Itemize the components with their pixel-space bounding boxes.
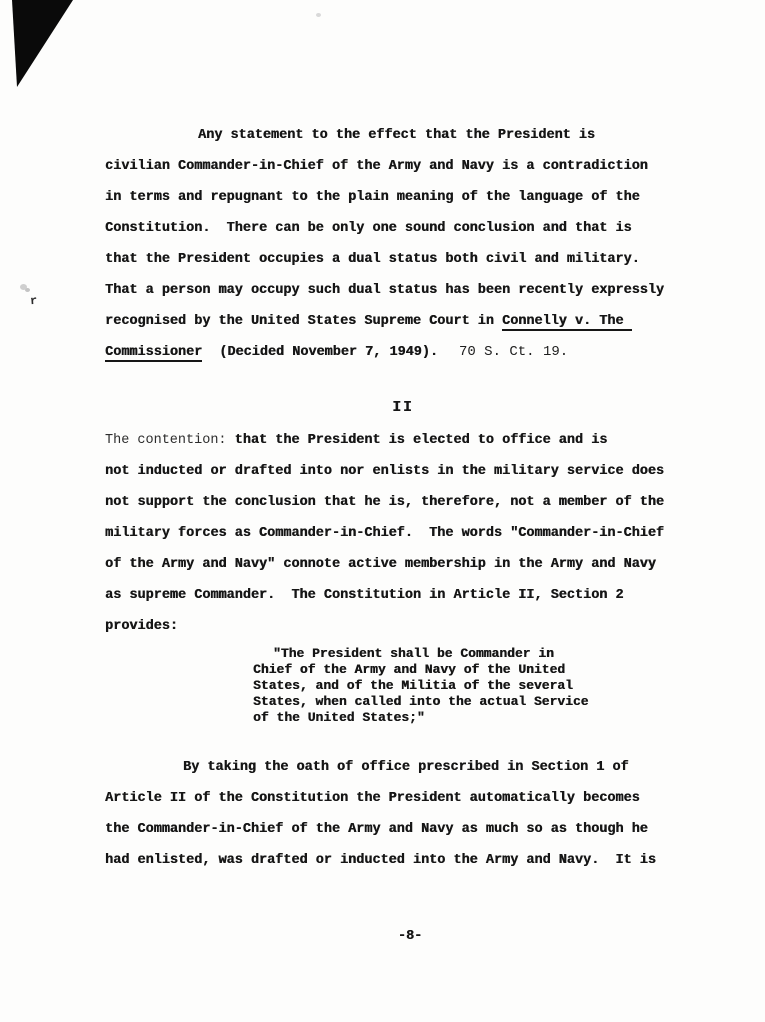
citation-prefix: recognised by the United States Supreme …: [105, 314, 502, 329]
quote-line: of the United States;": [253, 710, 588, 726]
contention-lead: The contention:: [105, 433, 227, 448]
scan-smudge: r: [30, 294, 38, 308]
paragraph-line: not inducted or drafted into nor enlists…: [105, 456, 664, 487]
paragraph-3: By taking the oath of office prescribed …: [105, 752, 656, 876]
quote-line: "The President shall be Commander in: [253, 646, 588, 662]
paragraph-1: Any statement to the effect that the Pre…: [105, 120, 664, 368]
paragraph-line: That a person may occupy such dual statu…: [105, 275, 664, 306]
case-name-part-2: Commissioner: [105, 345, 202, 362]
section-heading: II: [105, 393, 665, 424]
paragraph-line: Any statement to the effect that the Pre…: [105, 120, 664, 151]
scan-speck: [20, 284, 27, 290]
paragraph-line: The contention: that the President is el…: [105, 425, 664, 456]
scanned-document-page: r Any statement to the effect that the P…: [0, 0, 765, 1022]
scan-corner-fold-artifact: [0, 0, 90, 95]
paragraph-line: military forces as Commander-in-Chief. T…: [105, 518, 664, 549]
citation-line-2: Commissioner(Decided November 7, 1949).7…: [105, 337, 664, 368]
paragraph-line: as supreme Commander. The Constitution i…: [105, 580, 664, 611]
paragraph-line: not support the conclusion that he is, t…: [105, 487, 664, 518]
paragraph-line: provides:: [105, 611, 664, 642]
paragraph-line: Article II of the Constitution the Presi…: [105, 783, 656, 814]
reporter-citation: 70 S. Ct. 19.: [459, 344, 568, 360]
page-number: -8-: [105, 921, 665, 952]
paragraph-line: had enlisted, was drafted or inducted in…: [105, 845, 656, 876]
paragraph-line: the Commander-in-Chief of the Army and N…: [105, 814, 656, 845]
citation-line-1: recognised by the United States Supreme …: [105, 306, 664, 337]
paragraph-line: that the President occupies a dual statu…: [105, 244, 664, 275]
quote-line: States, and of the Militia of the severa…: [253, 678, 588, 694]
paragraph-line: By taking the oath of office prescribed …: [105, 752, 656, 783]
scan-speck: [316, 13, 321, 17]
paragraph-line: Constitution. There can be only one soun…: [105, 213, 664, 244]
paragraph-line: of the Army and Navy" connote active mem…: [105, 549, 664, 580]
contention-lead-rest: that the President is elected to office …: [227, 433, 608, 448]
case-name-part-1: Connelly v. The: [502, 314, 632, 331]
paragraph-2: The contention: that the President is el…: [105, 425, 664, 642]
paragraph-line: civilian Commander-in-Chief of the Army …: [105, 151, 664, 182]
constitution-quote: "The President shall be Commander in Chi…: [253, 646, 588, 726]
quote-line: States, when called into the actual Serv…: [253, 694, 588, 710]
decision-date: (Decided November 7, 1949).: [219, 345, 438, 360]
quote-line: Chief of the Army and Navy of the United: [253, 662, 588, 678]
paragraph-line: in terms and repugnant to the plain mean…: [105, 182, 664, 213]
